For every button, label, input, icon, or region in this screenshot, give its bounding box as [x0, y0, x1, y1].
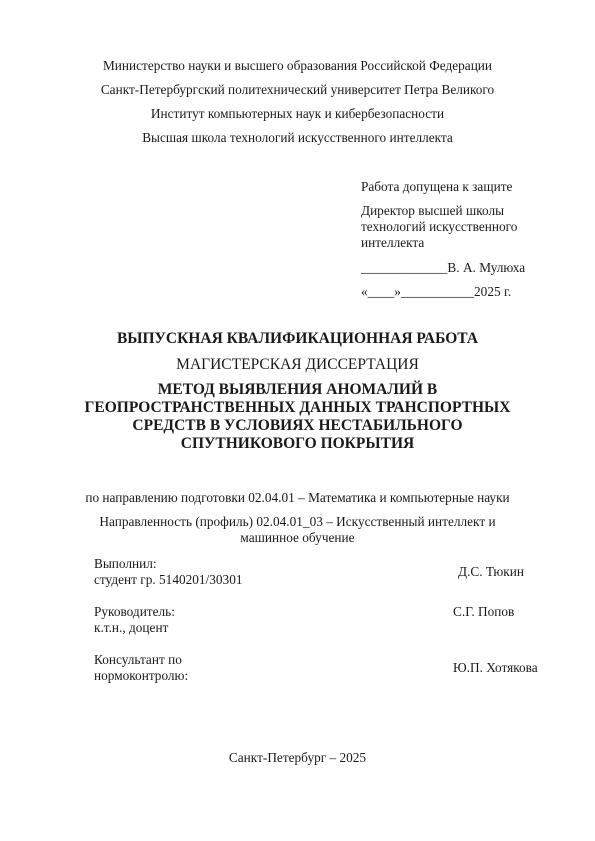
supervisor-role-line-2: к.т.н., доцент	[94, 620, 175, 636]
city-year: Санкт-Петербург – 2025	[0, 750, 595, 766]
work-type: ВЫПУСКНАЯ КВАЛИФИКАЦИОННАЯ РАБОТА	[0, 330, 595, 348]
student-role-line-2: студент гр. 5140201/30301	[94, 572, 243, 588]
ministry-line: Министерство науки и высшего образования…	[0, 58, 595, 74]
university-line: Санкт-Петербургский политехнический унив…	[0, 82, 595, 98]
topic-line-4: СПУТНИКОВОГО ПОКРЫТИЯ	[0, 435, 595, 453]
consultant-role: Консультант по нормоконтролю:	[94, 652, 188, 684]
student-role: Выполнил: студент гр. 5140201/30301	[94, 556, 243, 588]
student-name: Д.С. Тюкин	[458, 564, 524, 580]
direction-line: по направлению подготовки 02.04.01 – Мат…	[0, 490, 595, 506]
degree-type: МАГИСТЕРСКАЯ ДИССЕРТАЦИЯ	[0, 356, 595, 374]
profile-line-2: машинное обучение	[0, 530, 595, 546]
consultant-role-line-2: нормоконтролю:	[94, 668, 188, 684]
supervisor-name: С.Г. Попов	[453, 604, 514, 620]
school-line: Высшая школа технологий искусственного и…	[0, 130, 595, 146]
director-signature: _____________В. А. Мулюха	[361, 260, 525, 276]
profile-line-1: Направленность (профиль) 02.04.01_03 – И…	[0, 514, 595, 530]
topic-line-3: СРЕДСТВ В УСЛОВИЯХ НЕСТАБИЛЬНОГО	[0, 417, 595, 435]
supervisor-role-line-1: Руководитель:	[94, 604, 175, 620]
topic-line-2: ГЕОПРОСТРАНСТВЕННЫХ ДАННЫХ ТРАНСПОРТНЫХ	[0, 399, 595, 417]
student-role-line-1: Выполнил:	[94, 556, 243, 572]
admitted-text: Работа допущена к защите	[361, 179, 512, 195]
institute-line: Институт компьютерных наук и кибербезопа…	[0, 106, 595, 122]
director-position-3: интеллекта	[361, 235, 424, 251]
topic-line-1: МЕТОД ВЫЯВЛЕНИЯ АНОМАЛИЙ В	[0, 381, 595, 399]
approval-date: «____»___________2025 г.	[361, 284, 511, 300]
consultant-name: Ю.П. Хотякова	[453, 660, 538, 676]
consultant-role-line-1: Консультант по	[94, 652, 188, 668]
director-position-1: Директор высшей школы	[361, 203, 504, 219]
director-position-2: технологий искусственного	[361, 219, 517, 235]
supervisor-role: Руководитель: к.т.н., доцент	[94, 604, 175, 636]
